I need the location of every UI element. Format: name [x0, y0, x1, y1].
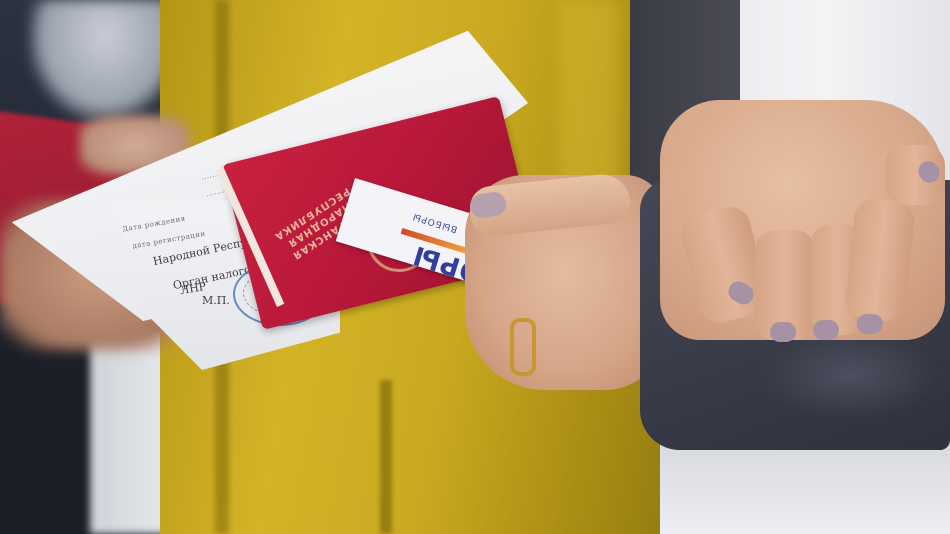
- photo-scene: ········································…: [0, 0, 950, 534]
- coat-fold: [380, 380, 392, 534]
- background-sleeve: [30, 0, 180, 120]
- coat-highlight: [560, 0, 620, 200]
- fingernail: [857, 314, 883, 334]
- card-top-text: ВЫБОРЫ: [411, 211, 459, 234]
- gold-ring: [510, 318, 536, 376]
- finger-little: [844, 197, 916, 323]
- fingernail: [770, 322, 796, 342]
- fingernail: [813, 320, 839, 340]
- doc-line-mp: М.П.: [202, 294, 230, 307]
- white-clothing-bottom: [660, 440, 950, 534]
- jacket-sheen: [760, 330, 940, 420]
- background-white-clothing: [90, 330, 170, 534]
